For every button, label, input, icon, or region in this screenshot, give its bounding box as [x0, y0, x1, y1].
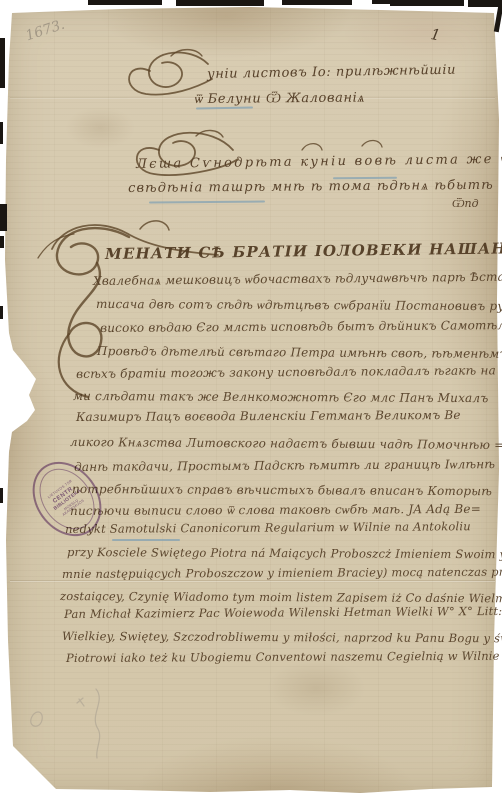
body-line: ликого Кнѧзства Литовского надаєтъ бывши…	[70, 436, 502, 451]
body-line: ми слѣдати такъ же Велнкоможнотѣ Єго млс…	[73, 390, 489, 404]
body-line: mnie następuiących Proboszczow y imienie…	[62, 566, 502, 580]
body-line: Провѣдъ дѣтелѣй свѣтаго Петра имѣнѣ своѣ…	[97, 345, 502, 360]
body-line: високо вѣдаю Єго млсть исповѣдь бытъ дѣй…	[100, 319, 502, 334]
subheading-line-2: свѣдѣніа ташрѣ мнѣ ѣ тома ѣдѣнѧ ѣбытѣ	[128, 179, 494, 195]
body-line: przy Kosciele Swiętego Piotra ná Maiącyc…	[67, 547, 502, 561]
body-line: Wielkiey, Swiętey, Szczodrobliwemu y mił…	[62, 631, 502, 645]
scan-edge-mark	[176, 0, 264, 6]
body-line: zostaiącey, Czynię Wiadomo tym moim list…	[60, 591, 502, 605]
scan-edge-mark	[390, 0, 464, 6]
scan-edge-mark	[88, 0, 162, 5]
scan-edge-mark	[494, 6, 502, 32]
body-line: потребнѣйшихъ справъ вѣчистыхъ бывалъ вп…	[72, 483, 492, 497]
scan-edge-mark	[0, 488, 3, 503]
body-line: Казимиръ Пацъ воєвода Виленскіи Гетманъ …	[76, 409, 461, 423]
body-line: всѣхъ братіи тогожъ закону исповѣдалъ по…	[76, 364, 496, 380]
scan-edge-mark	[282, 0, 352, 5]
heading-line-2: ѿ Белуни Ѿ Жалованіѧ	[194, 92, 365, 106]
body-line: писѣючи выписи слово ѿ слова таковѣ сѡбѣ…	[70, 503, 481, 517]
scan-edge-mark	[0, 236, 4, 248]
scan-edge-mark	[372, 0, 390, 4]
scan-edge-mark	[468, 0, 502, 7]
scan-edge-mark	[0, 306, 3, 319]
manuscript-scan: 1673. 1 уніи листовъ Іо: прилѣжнѣйшіи ѿ …	[0, 0, 502, 800]
annotation-underline	[112, 539, 180, 541]
scan-edge-mark	[0, 122, 3, 144]
scan-edge-mark	[0, 38, 5, 88]
body-line: nedykt Samotulski Canonicorum Regularium…	[65, 521, 471, 535]
body-line: Piotrowi iako też ku Ubogiemu Conventowi…	[66, 651, 500, 665]
scan-edge-mark	[0, 204, 7, 231]
body-line: Pan Michał Kazimierz Pac Woiewoda Wilens…	[64, 606, 502, 621]
subheading-catchword: Ѿпд	[452, 198, 479, 209]
body-line: данѣ такдачи, Простымъ Падскѣ ѣмитѣ ли г…	[74, 458, 495, 473]
body-line: тисача двѣ сотъ сѣдѣ ѡдѣтцѣвъ сѡбранїи П…	[96, 298, 502, 313]
